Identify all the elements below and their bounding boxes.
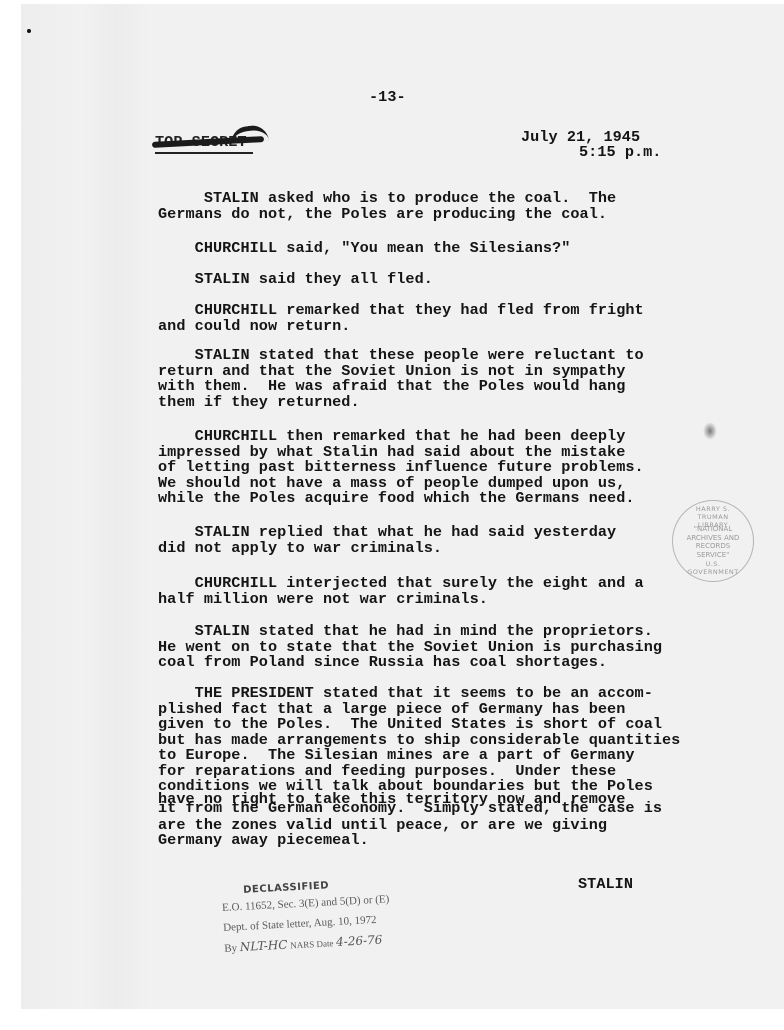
text-line: Germany away piecemeal.: [158, 833, 680, 849]
classification-underline: [155, 152, 253, 154]
paragraph-4: CHURCHILL remarked that they had fled fr…: [158, 303, 644, 334]
paragraph-7: STALIN replied that what he had said yes…: [158, 525, 616, 556]
nars-date-label: NARS Date: [290, 938, 334, 950]
text-line: them if they returned.: [158, 395, 644, 411]
paragraph-2: CHURCHILL said, "You mean the Silesians?…: [158, 241, 570, 257]
text-line: and could now return.: [158, 319, 644, 335]
declassified-letter: Dept. of State letter, Aug. 10, 1972: [223, 913, 391, 934]
ink-dot: [27, 29, 31, 33]
stamp-line: SERVICE": [673, 551, 753, 560]
paragraph-5: STALIN stated that these people were rel…: [158, 348, 644, 410]
paragraph-1: STALIN asked who is to produce the coal.…: [158, 191, 616, 222]
ink-smudge: [703, 422, 717, 440]
by-label: By: [224, 942, 237, 955]
text-line: half million were not war criminals.: [158, 592, 644, 608]
text-line: coal from Poland since Russia has coal s…: [158, 655, 662, 671]
stamp-line: "NATIONAL: [673, 525, 753, 534]
text-line: did not apply to war criminals.: [158, 541, 616, 557]
stamp-bottom-arc: U.S. GOVERNMENT: [685, 560, 741, 576]
declassification-stamp: DECLASSIFIED E.O. 11652, Sec. 3(E) and 5…: [221, 877, 392, 955]
text-line: STALIN said they all fled.: [158, 272, 433, 288]
nars-date: 4-26-76: [336, 933, 383, 949]
declassified-authority: E.O. 11652, Sec. 3(E) and 5(D) or (E): [222, 893, 390, 914]
text-line: Germans do not, the Poles are producing …: [158, 207, 616, 223]
next-speaker-catchword: STALIN: [578, 877, 633, 893]
stamp-center: "NATIONAL ARCHIVES AND RECORDS SERVICE": [673, 525, 753, 559]
stamp-line: RECORDS: [673, 542, 753, 551]
paragraph-6: CHURCHILL then remarked that he had been…: [158, 429, 644, 507]
paragraph-3: STALIN said they all fled.: [158, 272, 433, 288]
page-number: -13-: [369, 90, 406, 106]
text-line: while the Poles acquire food which the G…: [158, 491, 644, 507]
paragraph-9: STALIN stated that he had in mind the pr…: [158, 624, 662, 671]
declassifier-initials: NLT-HC: [239, 938, 287, 954]
text-line: CHURCHILL said, "You mean the Silesians?…: [158, 241, 570, 257]
paragraph-8: CHURCHILL interjected that surely the ei…: [158, 576, 644, 607]
document-time: 5:15 p.m.: [579, 145, 661, 161]
stamp-line: ARCHIVES AND: [673, 534, 753, 543]
truman-library-stamp: HARRY S. TRUMAN LIBRARY "NATIONAL ARCHIV…: [672, 500, 754, 582]
text-line: it from the German economy. Simply state…: [158, 801, 680, 817]
paragraph-10: THE PRESIDENT stated that it seems to be…: [158, 686, 680, 849]
